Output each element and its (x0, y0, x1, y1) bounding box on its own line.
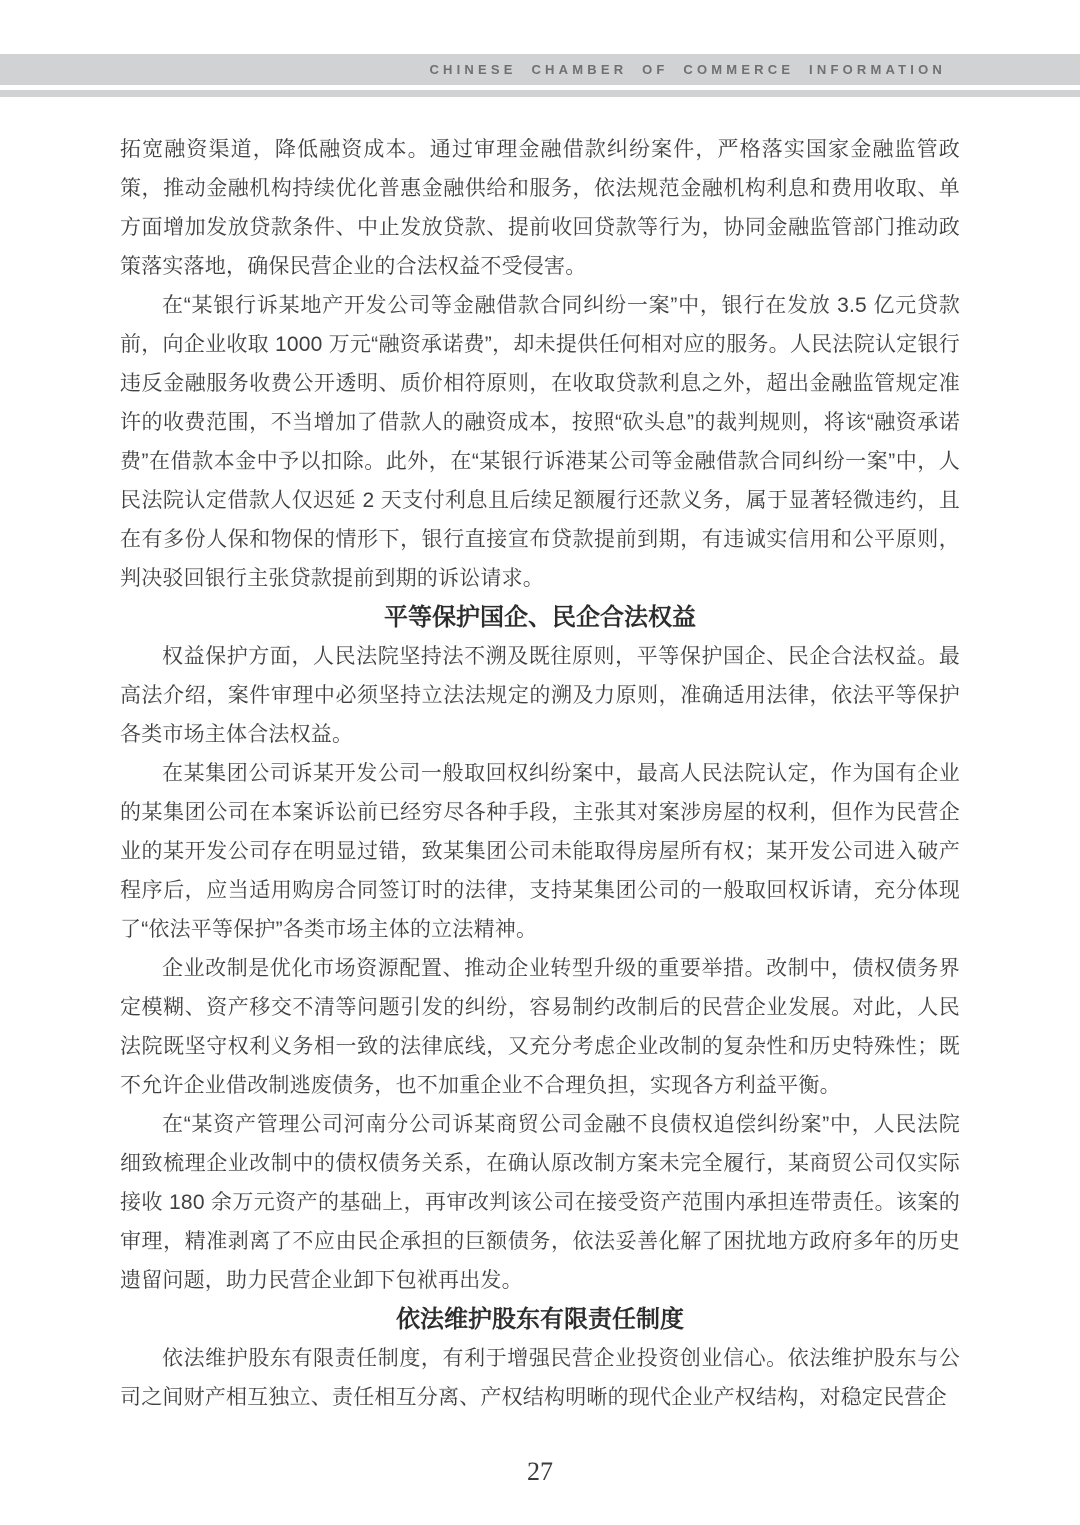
paragraph-asset-management-case: 在“某资产管理公司河南分公司诉某商贸公司金融不良债权追偿纠纷案”中，人民法院细致… (120, 1105, 960, 1300)
section-heading-equal-protection: 平等保护国企、民企合法权益 (120, 598, 960, 637)
paragraph-financing-channels: 拓宽融资渠道，降低融资成本。通过审理金融借款纠纷案件，严格落实国家金融监管政策，… (120, 130, 960, 286)
paragraph-shareholder-liability: 依法维护股东有限责任制度，有利于增强民营企业投资创业信心。依法维护股东与公司之间… (120, 1339, 960, 1417)
section-heading-limited-liability: 依法维护股东有限责任制度 (120, 1300, 960, 1339)
document-page: CHINESE CHAMBER OF COMMERCE INFORMATION … (0, 0, 1080, 1525)
page-number: 27 (0, 1457, 1080, 1487)
paragraph-bank-loan-case: 在“某银行诉某地产开发公司等金融借款合同纠纷一案”中，银行在发放 3.5 亿元贷… (120, 286, 960, 598)
document-body: 拓宽融资渠道，降低融资成本。通过审理金融借款纠纷案件，严格落实国家金融监管政策，… (120, 130, 960, 1417)
header-banner-text: CHINESE CHAMBER OF COMMERCE INFORMATION (0, 54, 1080, 85)
paragraph-rights-protection: 权益保护方面，人民法院坚持法不溯及既往原则，平等保护国企、民企合法权益。最高法介… (120, 637, 960, 754)
header-band: CHINESE CHAMBER OF COMMERCE INFORMATION (0, 54, 1080, 85)
paragraph-group-company-case: 在某集团公司诉某开发公司一般取回权纠纷案中，最高人民法院认定，作为国有企业的某集… (120, 754, 960, 949)
paragraph-enterprise-restructuring: 企业改制是优化市场资源配置、推动企业转型升级的重要举措。改制中，债权债务界定模糊… (120, 949, 960, 1105)
header-band-thin (0, 90, 1080, 97)
